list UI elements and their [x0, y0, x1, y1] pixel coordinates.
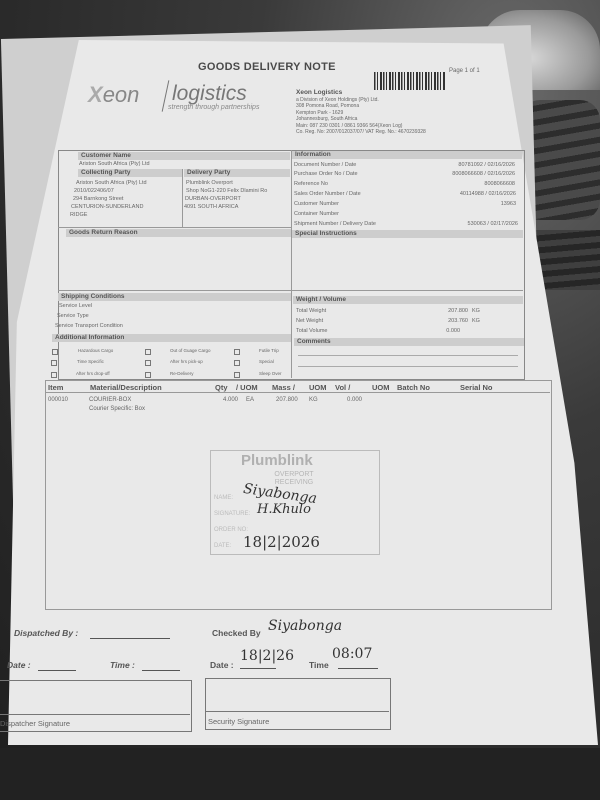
option-label: Time Specific [77, 359, 104, 364]
col-item: Item [48, 383, 63, 392]
additional-info-header: Additional Information [52, 334, 291, 342]
delivery-note: GOODS DELIVERY NOTE Page 1 of 1 Xeon log… [0, 0, 600, 800]
logo-xeon: Xeon [88, 82, 139, 108]
party-bottom-line [58, 227, 291, 228]
checkbox-after-hrs-pickup[interactable] [145, 360, 151, 366]
collecting-party-header: Collecting Party [78, 169, 182, 177]
col-batch: Batch No [397, 383, 430, 392]
info-label: Document Number / Date [294, 162, 356, 168]
shipping-row: Service Level [59, 303, 92, 309]
goods-return-header: Goods Return Reason [66, 229, 291, 237]
cell-qty: 4.000 [223, 397, 238, 403]
info-value: 13963 [501, 201, 516, 207]
page-indicator: Page 1 of 1 [449, 68, 480, 74]
collecting-line: 2010/022406/07 [74, 188, 114, 194]
stamp-name-label: NAME: [214, 495, 233, 501]
checkbox-out-of-guage-cargo[interactable] [145, 349, 151, 355]
security-signature-divider [205, 711, 389, 712]
col-qty: Qty [215, 383, 228, 392]
collecting-line: 294 Barnkong Street [73, 196, 123, 202]
customer-name-header: Customer Name [78, 152, 290, 160]
dispatched-by-label: Dispatched By : [14, 628, 78, 638]
checked-by-handwritten: Siyabonga [268, 618, 342, 634]
left-time-field[interactable] [142, 670, 180, 671]
company-line: Co. Reg. No: 2007/012037/07/ VAT Reg. No… [296, 129, 426, 136]
weight-label: Total Weight [296, 308, 326, 314]
information-header: Information [292, 151, 522, 159]
col-material: Material/Description [90, 383, 162, 392]
right-time-field[interactable] [338, 668, 378, 669]
dispatcher-signature-divider [0, 714, 190, 715]
comments-line [298, 366, 518, 367]
info-value: 8008066608 [484, 181, 515, 187]
stamp-date-handwritten: 18|2|2026 [243, 533, 320, 551]
info-label: Sales Order Number / Date [294, 191, 361, 197]
collecting-line: Ariston South Africa (Pty) Ltd [76, 180, 147, 186]
checkbox-sleep-over[interactable] [234, 372, 240, 378]
barcode-icon [374, 72, 446, 90]
logo-x: X [88, 82, 103, 107]
stamp-subtitle: OVERPORT [210, 471, 378, 478]
security-signature-label: Security Signature [208, 717, 269, 726]
col-uom: / UOM [236, 383, 258, 392]
cell-description: Courier Specific: Box [89, 406, 145, 412]
collecting-line: CENTURION-SUNDERLAND [71, 204, 143, 210]
col-mass-uom: UOM [309, 383, 327, 392]
info-value: 8008066608 / 02/16/2026 [452, 171, 515, 177]
logo-tagline: strength through partnerships [168, 104, 259, 111]
delivery-line: Plumblink Overport [186, 180, 233, 186]
cell-uom: EA [246, 397, 254, 403]
cell-mass: 207.800 [276, 397, 298, 403]
logo-eon: eon [103, 82, 140, 107]
checkbox-re-delivery[interactable] [145, 372, 151, 378]
shipping-conditions-header: Shipping Conditions [58, 293, 291, 301]
delivery-line: DURBAN-OVERPORT [185, 196, 241, 202]
stamp-subtitle: RECEIVING [210, 479, 378, 486]
delivery-line: Shop NoG1-220 Felix Dlamini Ro [186, 188, 267, 194]
info-label: Container Number [294, 211, 339, 217]
right-date-field[interactable] [240, 668, 276, 669]
section-divider [58, 290, 523, 291]
cell-item: 000010 [48, 397, 68, 403]
right-date-label: Date : [210, 660, 234, 670]
info-value: 530063 / 02/17/2026 [468, 221, 518, 227]
right-date-handwritten: 18|2|26 [240, 648, 294, 664]
left-date-field[interactable] [38, 670, 76, 671]
info-value: 80781092 / 02/16/2026 [458, 162, 515, 168]
info-label: Shipment Number / Delivery Date [294, 221, 376, 227]
cell-vol: 0.000 [347, 397, 362, 403]
dispatcher-signature-label: Dispatcher Signature [0, 719, 70, 728]
checkbox-futile-trip[interactable] [234, 349, 240, 355]
dispatched-by-field[interactable] [90, 638, 170, 639]
info-label: Customer Number [294, 201, 339, 207]
items-header-line [46, 392, 550, 393]
checkbox-hazardous-cargo[interactable] [52, 349, 58, 355]
checkbox-time-specific[interactable] [51, 360, 57, 366]
stamp-date-label: DATE: [214, 543, 231, 549]
weight-volume-header: Weight / Volume [293, 296, 523, 304]
weight-value: 0.000 [446, 328, 460, 334]
weight-value: 203.760 [448, 318, 468, 324]
col-vol: Vol / [335, 383, 350, 392]
right-time-handwritten: 08:07 [332, 646, 372, 662]
info-label: Purchase Order No / Date [294, 171, 358, 177]
stamp-signature-handwritten: H.Khulo [257, 502, 311, 517]
option-label: After hrs pick-up [170, 359, 203, 364]
comments-header: Comments [294, 338, 524, 346]
delivery-party-header: Delivery Party [184, 169, 290, 177]
stamp-title: Plumblink [241, 452, 313, 469]
special-instructions-header: Special Instructions [292, 230, 523, 238]
checkbox-special[interactable] [234, 360, 240, 366]
option-label: Out of Guage Cargo [170, 348, 211, 353]
delivery-line: 4091 SOUTH AFRICA [184, 204, 238, 210]
customer-name-value: Ariston South Africa (Pty) Ltd [79, 161, 150, 167]
info-label: Reference No [294, 181, 328, 187]
stamp-signature-label: SIGNATURE: [214, 511, 250, 517]
shipping-row: Service Transport Condition [55, 323, 123, 329]
weight-unit: KG [472, 318, 480, 324]
comments-line [298, 355, 518, 356]
weight-label: Net Weight [296, 318, 323, 324]
shipping-row: Service Type [57, 313, 89, 319]
logo-logistics: logistics [172, 82, 247, 106]
option-label: Hazardous Cargo [78, 348, 113, 353]
option-label: Special [259, 359, 274, 364]
weight-label: Total Volume [296, 328, 328, 334]
left-time-label: Time : [110, 660, 135, 670]
cell-material: COURIER-BOX [89, 397, 131, 403]
option-label: Futile Trip [259, 348, 279, 353]
party-divider [182, 169, 183, 227]
checked-by-label: Checked By [212, 628, 261, 638]
col-serial: Serial No [460, 383, 493, 392]
cell-mass-uom: KG [309, 397, 318, 403]
option-label: Sleep Over [259, 371, 282, 376]
left-date-label: Date : [7, 660, 31, 670]
right-time-label: Time [309, 660, 329, 670]
checkbox-after-hrs-dropoff[interactable] [51, 372, 57, 378]
option-label: After hrs drop-off [76, 371, 110, 376]
document-title: GOODS DELIVERY NOTE [198, 61, 336, 73]
weight-value: 207.800 [448, 308, 468, 314]
col-mass: Mass / [272, 383, 295, 392]
company-address: Xeon Logistics a Division of Xeon Holdin… [296, 90, 426, 136]
info-value: 40114988 / 02/16/2026 [460, 191, 516, 197]
option-label: Re-Delivery [170, 371, 194, 376]
col-vol-uom: UOM [372, 383, 390, 392]
weight-unit: KG [472, 308, 480, 314]
form-center-divider [291, 150, 292, 378]
collecting-line: RIDGE [70, 212, 87, 218]
